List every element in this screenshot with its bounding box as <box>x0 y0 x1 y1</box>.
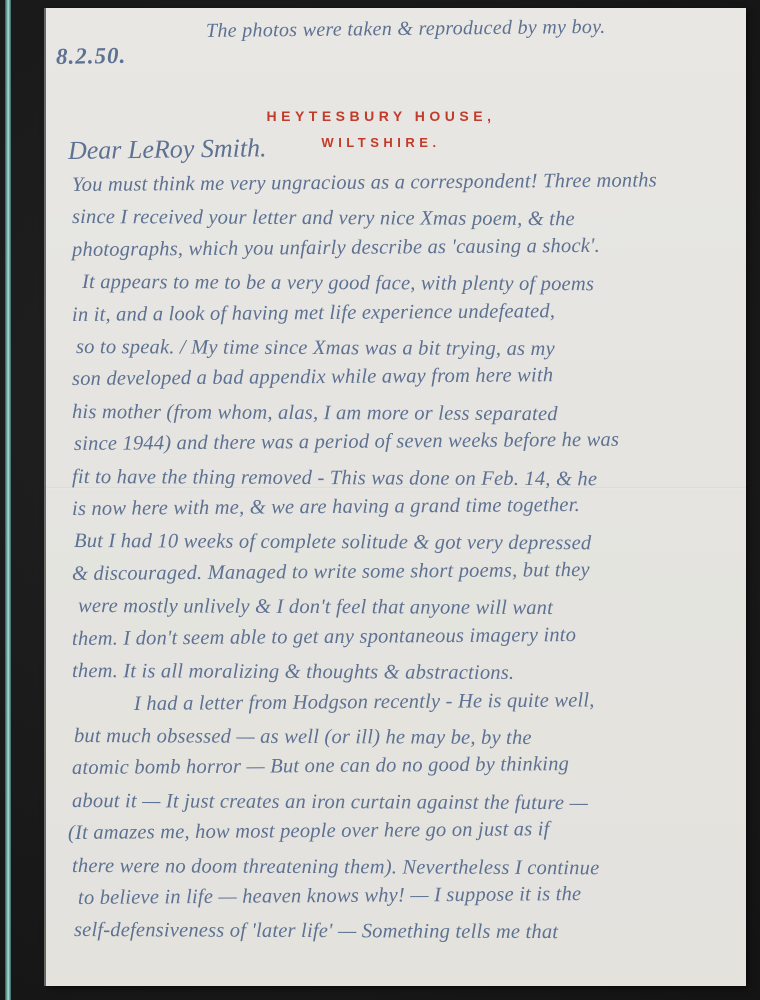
letter-body: You must think me very ungracious as a c… <box>72 169 740 947</box>
handwritten-line: is now here with me, & we are having a g… <box>72 488 740 526</box>
letter-date: 8.2.50. <box>56 43 127 70</box>
handwritten-line: in it, and a look of having met life exp… <box>72 293 740 331</box>
photo-note-annotation: The photos were taken & reproduced by my… <box>206 15 726 43</box>
handwritten-line: (It amazes me, how most people over here… <box>68 812 740 850</box>
letterhead-house-name: HEYTESBURY HOUSE, <box>46 108 716 124</box>
handwritten-line: self-defensiveness of 'later life' — Som… <box>74 914 740 949</box>
handwritten-line: & discouraged. Managed to write some sho… <box>72 553 740 591</box>
teal-edge-stripe <box>5 0 11 1000</box>
handwritten-line: since 1944) and there was a period of se… <box>74 423 740 461</box>
handwritten-line: to believe in life — heaven knows why! —… <box>78 877 740 915</box>
handwritten-line: I had a letter from Hodgson recently - H… <box>134 683 740 720</box>
handwritten-line: them. I don't seem able to get any spont… <box>72 617 740 655</box>
handwritten-line: photographs, which you unfairly describe… <box>72 229 740 267</box>
handwritten-line: son developed a bad appendix while away … <box>72 358 740 396</box>
letter-sheet: The photos were taken & reproduced by my… <box>46 8 746 986</box>
handwritten-line: You must think me very ungracious as a c… <box>72 164 740 202</box>
handwritten-line: atomic bomb horror — But one can do no g… <box>72 747 740 785</box>
salutation: Dear LeRoy Smith. <box>68 133 267 166</box>
